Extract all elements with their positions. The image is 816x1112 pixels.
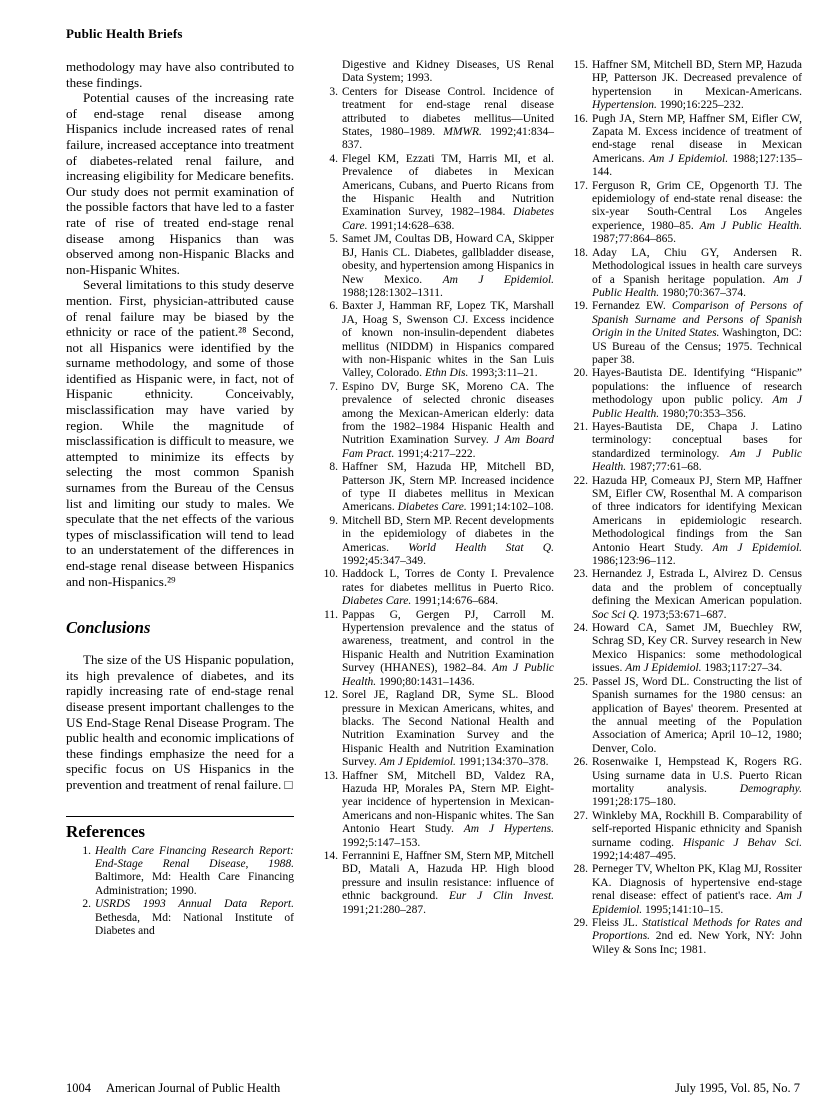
- reference-item: 1.Health Care Financing Research Report:…: [75, 845, 294, 899]
- reference-number: 8.: [322, 461, 342, 515]
- reference-list-col1: 1.Health Care Financing Research Report:…: [66, 845, 294, 939]
- paragraph: Potential causes of the increasing rate …: [66, 90, 294, 277]
- reference-number: 20.: [572, 367, 592, 421]
- footer-issue-info: July 1995, Vol. 85, No. 7: [675, 1081, 800, 1096]
- reference-number: 29.: [572, 917, 592, 957]
- reference-text: Ferguson R, Grim CE, Opgenorth TJ. The e…: [592, 180, 802, 247]
- reference-text: Pugh JA, Stern MP, Haffner SM, Eifler CW…: [592, 113, 802, 180]
- reference-number: 27.: [572, 810, 592, 864]
- reference-item: 19.Fernandez EW. Comparison of Persons o…: [572, 300, 802, 367]
- reference-number: 18.: [572, 247, 592, 301]
- reference-number: 15.: [572, 59, 592, 113]
- reference-number: 23.: [572, 568, 592, 622]
- paragraph: methodology may have also contributed to…: [66, 59, 294, 90]
- reference-text: Sorel JE, Ragland DR, Syme SL. Blood pre…: [342, 689, 554, 769]
- reference-item: 29.Fleiss JL. Statistical Methods for Ra…: [572, 917, 802, 957]
- reference-item: 7.Espino DV, Burge SK, Moreno CA. The pr…: [322, 381, 554, 461]
- reference-text: Samet JM, Coultas DB, Howard CA, Skipper…: [342, 233, 554, 300]
- references-heading: References: [66, 822, 294, 842]
- reference-text: Espino DV, Burge SK, Moreno CA. The prev…: [342, 381, 554, 461]
- page-footer: 1004 American Journal of Public Health J…: [66, 1081, 800, 1096]
- reference-number: 17.: [572, 180, 592, 247]
- reference-item: 28.Perneger TV, Whelton PK, Klag MJ, Ros…: [572, 863, 802, 917]
- reference-text: Pappas G, Gergen PJ, Carroll M. Hyperten…: [342, 609, 554, 689]
- conclusions-heading: Conclusions: [66, 618, 294, 638]
- reference-text: Howard CA, Samet JM, Buechley RW, Schrag…: [592, 622, 802, 676]
- conclusions-paragraphs: The size of the US Hispanic population, …: [66, 652, 294, 792]
- reference-item: 3.Centers for Disease Control. Incidence…: [322, 86, 554, 153]
- reference-item: 21.Hayes-Bautista DE, Chapa J. Latino te…: [572, 421, 802, 475]
- reference-text: Perneger TV, Whelton PK, Klag MJ, Rossit…: [592, 863, 802, 917]
- paragraph: Several limitations to this study deserv…: [66, 277, 294, 589]
- reference-item: 23.Hernandez J, Estrada L, Alvirez D. Ce…: [572, 568, 802, 622]
- column-2: Digestive and Kidney Diseases, US Renal …: [322, 59, 554, 917]
- reference-text: Fernandez EW. Comparison of Persons of S…: [592, 300, 802, 367]
- reference-text: Haddock L, Torres de Conty I. Prevalence…: [342, 568, 554, 608]
- reference-item: 20.Hayes-Bautista DE. Identifying “Hispa…: [572, 367, 802, 421]
- reference-item: 10.Haddock L, Torres de Conty I. Prevale…: [322, 568, 554, 608]
- reference-number: 22.: [572, 475, 592, 569]
- reference-list-col3: 15.Haffner SM, Mitchell BD, Stern MP, Ha…: [572, 59, 802, 957]
- reference-number: 10.: [322, 568, 342, 608]
- reference-item: 5.Samet JM, Coultas DB, Howard CA, Skipp…: [322, 233, 554, 300]
- reference-number: 13.: [322, 770, 342, 850]
- reference-number: 2.: [75, 898, 95, 938]
- column-3: 15.Haffner SM, Mitchell BD, Stern MP, Ha…: [572, 59, 802, 957]
- reference-text: Hayes-Bautista DE. Identifying “Hispanic…: [592, 367, 802, 421]
- reference-text: Haffner SM, Hazuda HP, Mitchell BD, Patt…: [342, 461, 554, 515]
- paragraph: The size of the US Hispanic population, …: [66, 652, 294, 792]
- reference-text: Haffner SM, Mitchell BD, Valdez RA, Hazu…: [342, 770, 554, 850]
- reference-number: 19.: [572, 300, 592, 367]
- reference-item: 13.Haffner SM, Mitchell BD, Valdez RA, H…: [322, 770, 554, 850]
- reference-item: 12.Sorel JE, Ragland DR, Syme SL. Blood …: [322, 689, 554, 769]
- reference-text: Winkleby MA, Rockhill B. Comparability o…: [592, 810, 802, 864]
- reference-item: 24.Howard CA, Samet JM, Buechley RW, Sch…: [572, 622, 802, 676]
- reference-continuation: Digestive and Kidney Diseases, US Renal …: [322, 59, 554, 86]
- reference-number: [322, 59, 342, 86]
- footer-journal-name: American Journal of Public Health: [106, 1081, 280, 1096]
- reference-number: 24.: [572, 622, 592, 676]
- reference-text: Hayes-Bautista DE, Chapa J. Latino termi…: [592, 421, 802, 475]
- reference-number: 9.: [322, 515, 342, 569]
- reference-item: 8.Haffner SM, Hazuda HP, Mitchell BD, Pa…: [322, 461, 554, 515]
- reference-number: 11.: [322, 609, 342, 689]
- reference-number: 12.: [322, 689, 342, 769]
- reference-number: 28.: [572, 863, 592, 917]
- reference-item: 6.Baxter J, Hamman RF, Lopez TK, Marshal…: [322, 300, 554, 380]
- reference-item: 27.Winkleby MA, Rockhill B. Comparabilit…: [572, 810, 802, 864]
- footer-page-number: 1004: [66, 1081, 91, 1096]
- reference-number: 4.: [322, 153, 342, 233]
- reference-item: 4.Flegel KM, Ezzati TM, Harris MI, et al…: [322, 153, 554, 233]
- reference-text: Ferrannini E, Haffner SM, Stern MP, Mitc…: [342, 850, 554, 917]
- reference-text: Centers for Disease Control. Incidence o…: [342, 86, 554, 153]
- reference-number: 1.: [75, 845, 95, 899]
- reference-item: 25.Passel JS, Word DL. Constructing the …: [572, 676, 802, 756]
- reference-text: Hazuda HP, Comeaux PJ, Stern MP, Haffner…: [592, 475, 802, 569]
- reference-number: 14.: [322, 850, 342, 917]
- reference-text: Hernandez J, Estrada L, Alvirez D. Censu…: [592, 568, 802, 622]
- reference-text: Passel JS, Word DL. Constructing the lis…: [592, 676, 802, 756]
- reference-text: USRDS 1993 Annual Data Report. Bethesda,…: [95, 898, 294, 938]
- reference-item: 2.USRDS 1993 Annual Data Report. Bethesd…: [75, 898, 294, 938]
- reference-number: 3.: [322, 86, 342, 153]
- reference-number: 7.: [322, 381, 342, 461]
- reference-item: 14.Ferrannini E, Haffner SM, Stern MP, M…: [322, 850, 554, 917]
- reference-text: Baxter J, Hamman RF, Lopez TK, Marshall …: [342, 300, 554, 380]
- references-divider-rule: [66, 816, 294, 817]
- reference-item: 9.Mitchell BD, Stern MP. Recent developm…: [322, 515, 554, 569]
- reference-list-col2: Digestive and Kidney Diseases, US Renal …: [322, 59, 554, 917]
- running-head: Public Health Briefs: [66, 26, 802, 42]
- reference-number: 16.: [572, 113, 592, 180]
- reference-item: 26.Rosenwaike I, Hempstead K, Rogers RG.…: [572, 756, 802, 810]
- reference-number: 26.: [572, 756, 592, 810]
- reference-number: 5.: [322, 233, 342, 300]
- reference-text: Rosenwaike I, Hempstead K, Rogers RG. Us…: [592, 756, 802, 810]
- reference-item: 16.Pugh JA, Stern MP, Haffner SM, Eifler…: [572, 113, 802, 180]
- column-1: methodology may have also contributed to…: [66, 59, 294, 938]
- reference-number: 21.: [572, 421, 592, 475]
- three-column-layout: methodology may have also contributed to…: [66, 59, 802, 957]
- reference-number: 25.: [572, 676, 592, 756]
- reference-item: 11.Pappas G, Gergen PJ, Carroll M. Hyper…: [322, 609, 554, 689]
- reference-number: 6.: [322, 300, 342, 380]
- reference-item: 15.Haffner SM, Mitchell BD, Stern MP, Ha…: [572, 59, 802, 113]
- reference-text: Health Care Financing Research Report: E…: [95, 845, 294, 899]
- reference-text: Aday LA, Chiu GY, Andersen R. Methodolog…: [592, 247, 802, 301]
- journal-page: Public Health Briefs methodology may hav…: [0, 0, 816, 1112]
- body-paragraphs: methodology may have also contributed to…: [66, 59, 294, 589]
- reference-text: Flegel KM, Ezzati TM, Harris MI, et al. …: [342, 153, 554, 233]
- reference-item: 22.Hazuda HP, Comeaux PJ, Stern MP, Haff…: [572, 475, 802, 569]
- reference-text: Mitchell BD, Stern MP. Recent developmen…: [342, 515, 554, 569]
- reference-text: Digestive and Kidney Diseases, US Renal …: [342, 59, 554, 86]
- reference-text: Fleiss JL. Statistical Methods for Rates…: [592, 917, 802, 957]
- reference-item: 18.Aday LA, Chiu GY, Andersen R. Methodo…: [572, 247, 802, 301]
- reference-text: Haffner SM, Mitchell BD, Stern MP, Hazud…: [592, 59, 802, 113]
- reference-item: 17.Ferguson R, Grim CE, Opgenorth TJ. Th…: [572, 180, 802, 247]
